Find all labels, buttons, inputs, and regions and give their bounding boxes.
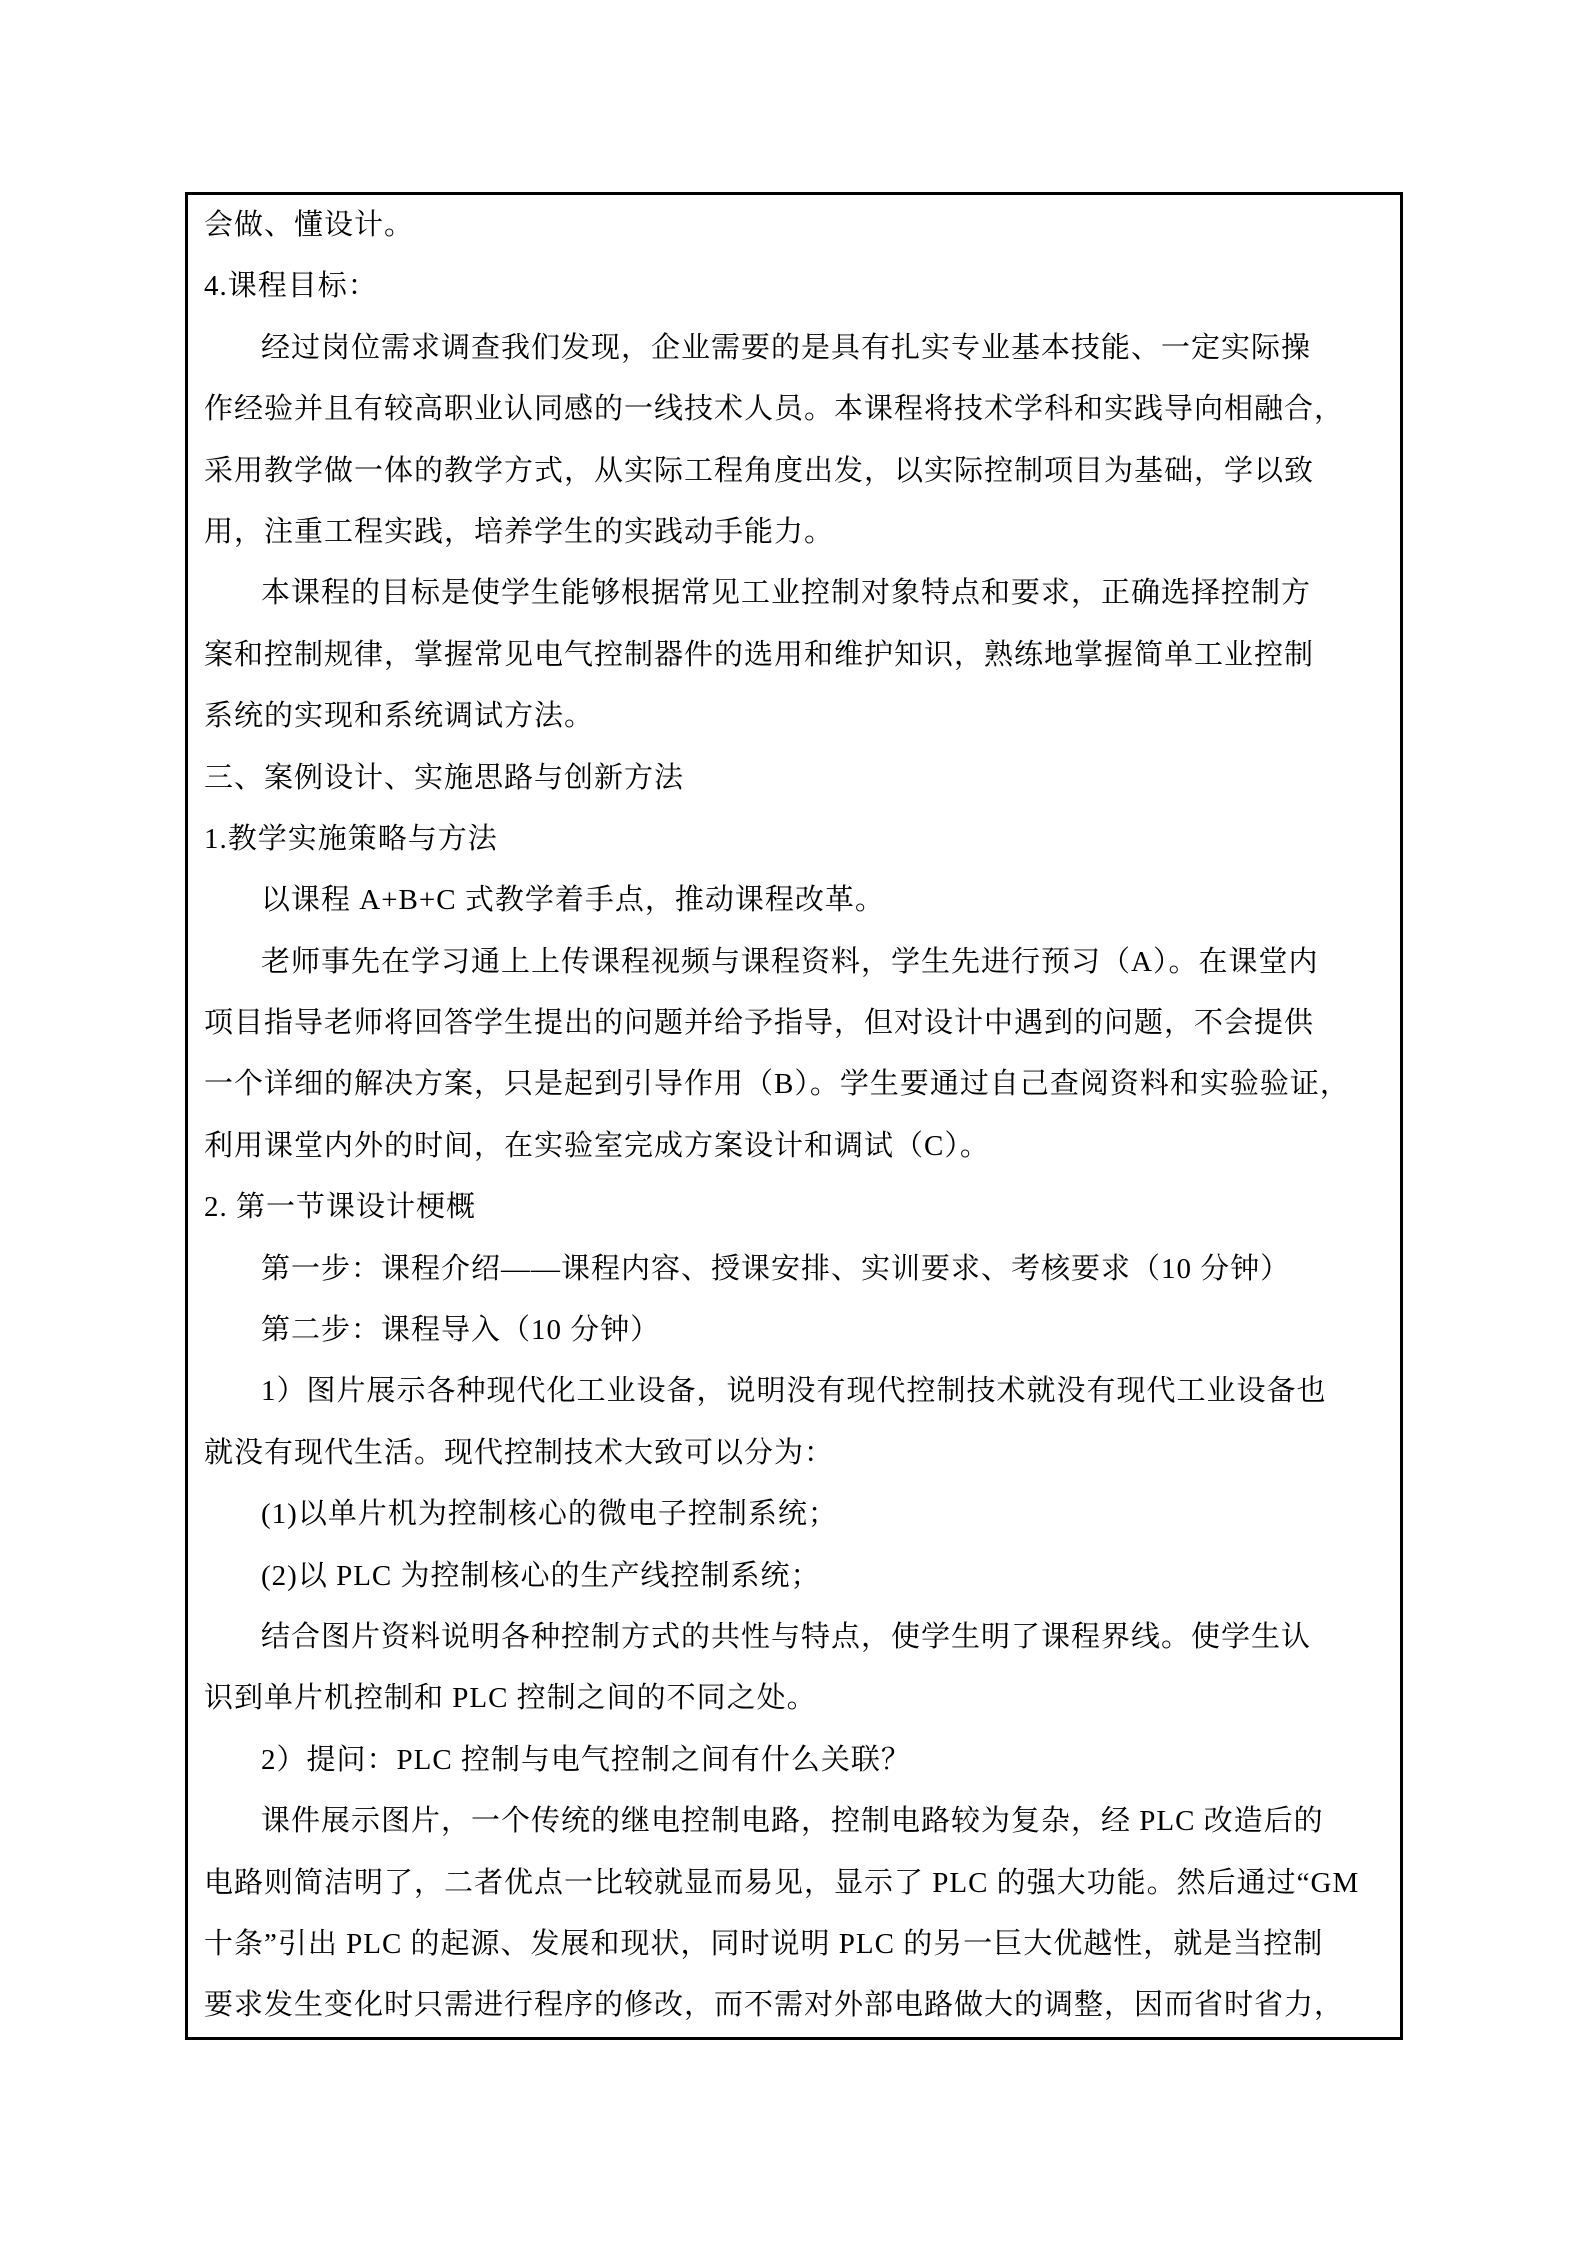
subsection-1-heading: 1.教学实施策略与方法 (204, 809, 1382, 870)
text-line: 1）图片展示各种现代化工业设备，说明没有现代控制技术就没有现代工业设备也 (204, 1361, 1382, 1422)
text-line: 系统的实现和系统调试方法。 (204, 686, 1382, 747)
text-line: 经过岗位需求调查我们发现，企业需要的是具有扎实专业基本技能、一定实际操 (204, 318, 1382, 379)
document-page: 会做、懂设计。 4.课程目标： 经过岗位需求调查我们发现，企业需要的是具有扎实专… (0, 0, 1587, 2245)
text-line: 就没有现代生活。现代控制技术大致可以分为： (204, 1423, 1382, 1484)
course-goal-heading: 4.课程目标： (204, 256, 1382, 317)
text-line: 用，注重工程实践，培养学生的实践动手能力。 (204, 502, 1382, 563)
section-3-heading: 三、案例设计、实施思路与创新方法 (204, 748, 1382, 809)
subsection-2-heading: 2. 第一节课设计梗概 (204, 1177, 1382, 1238)
text-line: 案和控制规律，掌握常见电气控制器件的选用和维护知识，熟练地掌握简单工业控制 (204, 625, 1382, 686)
list-item-1: (1)以单片机为控制核心的微电子控制系统； (204, 1484, 1382, 1545)
text-line: 老师事先在学习通上上传课程视频与课程资料，学生先进行预习（A）。在课堂内 (204, 932, 1382, 993)
list-item-2: (2)以 PLC 为控制核心的生产线控制系统； (204, 1546, 1382, 1607)
text-line: 要求发生变化时只需进行程序的修改，而不需对外部电路做大的调整，因而省时省力， (204, 1975, 1382, 2036)
text-line: 一个详细的解决方案，只是起到引导作用（B）。学生要通过自己查阅资料和实验验证， (204, 1054, 1382, 1115)
text-line: 项目指导老师将回答学生提出的问题并给予指导，但对设计中遇到的问题，不会提供 (204, 993, 1382, 1054)
text-line: 作经验并且有较高职业认同感的一线技术人员。本课程将技术学科和实践导向相融合， (204, 379, 1382, 440)
text-line: 课件展示图片，一个传统的继电控制电路，控制电路较为复杂，经 PLC 改造后的 (204, 1791, 1382, 1852)
text-line: 识到单片机控制和 PLC 控制之间的不同之处。 (204, 1668, 1382, 1729)
text-line: 结合图片资料说明各种控制方式的共性与特点，使学生明了课程界线。使学生认 (204, 1607, 1382, 1668)
text-line: 十条”引出 PLC 的起源、发展和现状，同时说明 PLC 的另一巨大优越性，就是… (204, 1914, 1382, 1975)
text-line: 利用课堂内外的时间，在实验室完成方案设计和调试（C）。 (204, 1116, 1382, 1177)
text-line: 以课程 A+B+C 式教学着手点，推动课程改革。 (204, 870, 1382, 931)
text-line: 会做、懂设计。 (204, 195, 1382, 256)
step-1-line: 第一步：课程介绍——课程内容、授课安排、实训要求、考核要求（10 分钟） (204, 1239, 1382, 1300)
step-2-line: 第二步：课程导入（10 分钟） (204, 1300, 1382, 1361)
text-line: 电路则简洁明了，二者优点一比较就显而易见，显示了 PLC 的强大功能。然后通过“… (204, 1853, 1382, 1914)
text-line: 采用教学做一体的教学方式，从实际工程角度出发，以实际控制项目为基础，学以致 (204, 441, 1382, 502)
text-line: 本课程的目标是使学生能够根据常见工业控制对象特点和要求，正确选择控制方 (204, 563, 1382, 624)
document-table-cell: 会做、懂设计。 4.课程目标： 经过岗位需求调查我们发现，企业需要的是具有扎实专… (185, 192, 1403, 2040)
question-line: 2）提问：PLC 控制与电气控制之间有什么关联？ (204, 1730, 1382, 1791)
